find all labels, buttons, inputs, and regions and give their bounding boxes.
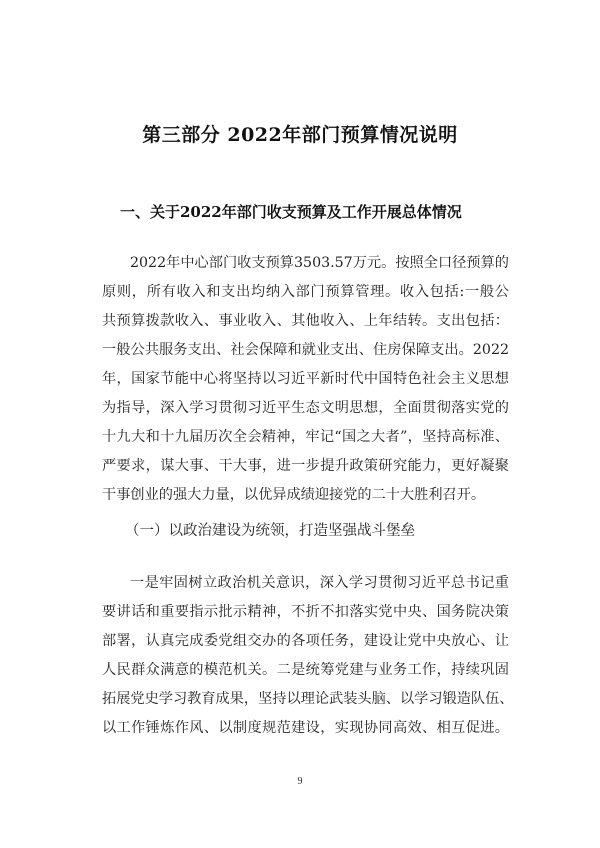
sub-heading: （一）以政治建设为统领，打造坚强战斗堡垒 <box>125 519 415 540</box>
paragraph-line: 十九大和十九届历次全会精神，牢记“国之大者”，坚持高标准、 <box>102 423 509 452</box>
paragraph-line: 干事创业的强大力量，以优异成绩迎接党的二十大胜利召开。 <box>102 481 509 510</box>
document-page: 第三部分 2022年部门预算情况说明 一、关于2022年部门收支预算及工作开展总… <box>0 0 600 848</box>
page-title: 第三部分 2022年部门预算情况说明 <box>0 120 600 147</box>
paragraph-line: 严要求，谋大事、干大事，进一步提升政策研究能力，更好凝聚 <box>102 452 509 481</box>
paragraph-line: 2022年中心部门收支预算3503.57万元。按照全口径预算的 <box>102 249 509 278</box>
paragraph-line: 共预算拨款收入、事业收入、其他收入、上年结转。支出包括： <box>102 307 509 336</box>
paragraph-line: 一般公共服务支出、社会保障和就业支出、住房保障支出。2022 <box>102 336 509 365</box>
paragraph-line: 原则，所有收入和支出均纳入部门预算管理。收入包括:一般公 <box>102 278 509 307</box>
section-heading: 一、关于2022年部门收支预算及工作开展总体情况 <box>120 201 462 222</box>
paragraph-political-building: 一是牢固树立政治机关意识，深入学习贯彻习近平总书记重 要讲话和重要指示批示精神，… <box>102 569 509 743</box>
paragraph-line: 年，国家节能中心将坚持以习近平新时代中国特色社会主义思想 <box>102 365 509 394</box>
paragraph-line: 拓展党史学习教育成果，坚持以理论武装头脑、以学习锻造队伍、 <box>102 685 509 714</box>
paragraph-line: 以工作锤炼作风、以制度规范建设，实现协同高效、相互促进。 <box>102 714 509 743</box>
page-number: 9 <box>0 776 600 787</box>
paragraph-line: 部署，认真完成委党组交办的各项任务，建设让党中央放心、让 <box>102 627 509 656</box>
paragraph-line: 一是牢固树立政治机关意识，深入学习贯彻习近平总书记重 <box>102 569 509 598</box>
paragraph-budget-overview: 2022年中心部门收支预算3503.57万元。按照全口径预算的 原则，所有收入和… <box>102 249 509 510</box>
paragraph-line: 人民群众满意的模范机关。二是统筹党建与业务工作，持续巩固 <box>102 656 509 685</box>
paragraph-line: 要讲话和重要指示批示精神，不折不扣落实党中央、国务院决策 <box>102 598 509 627</box>
paragraph-line: 为指导，深入学习贯彻习近平生态文明思想，全面贯彻落实党的 <box>102 394 509 423</box>
